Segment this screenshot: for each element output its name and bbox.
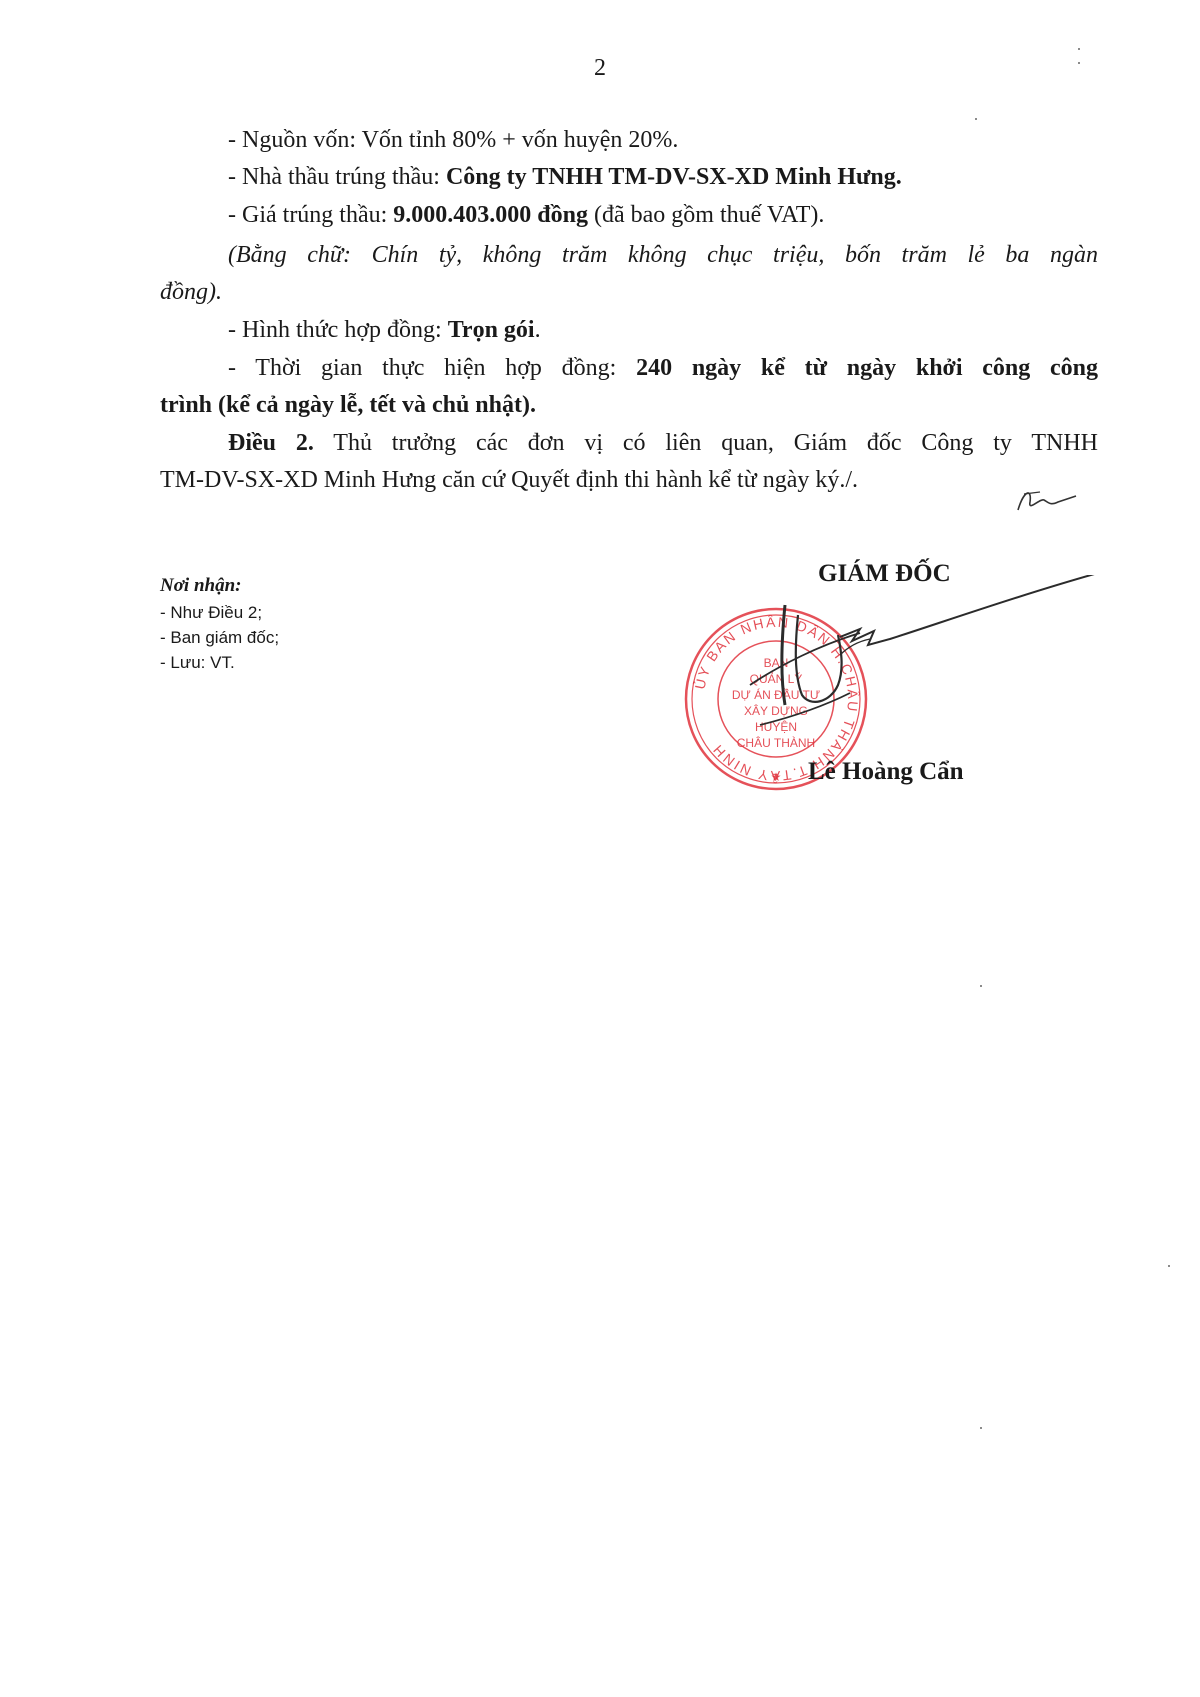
scan-speck [980, 985, 982, 987]
article2-line2: TM-DV-SX-XD Minh Hưng căn cứ Quyết định … [160, 465, 1098, 495]
recipient-item: - Ban giám đốc; [160, 628, 279, 648]
scan-speck [975, 118, 977, 120]
article2-heading: Điều 2. [228, 430, 314, 456]
article2-text-2: TM-DV-SX-XD Minh Hưng căn cứ Quyết định … [160, 467, 858, 493]
price-words-line2: đồng). [160, 277, 1098, 307]
scan-speck [1168, 1265, 1170, 1267]
duration-value-1: 240 ngày kể từ ngày khởi công công [636, 355, 1098, 381]
price-words-1: (Bằng chữ: Chín tỷ, không trăm không chụ… [228, 242, 1098, 268]
article2-line1: Điều 2. Thủ trưởng các đơn vị có liên qu… [228, 428, 1098, 458]
article2-text-1: Thủ trưởng các đơn vị có liên quan, Giám… [314, 430, 1098, 456]
contract-form-line: - Hình thức hợp đồng: Trọn gói. [228, 315, 1098, 345]
recipient-item: - Như Điều 2; [160, 603, 262, 623]
scan-speck [1078, 62, 1080, 64]
price-words-2: đồng). [160, 279, 222, 305]
page-number: 2 [0, 55, 1200, 82]
price-value: 9.000.403.000 đồng [393, 202, 588, 228]
price-words-line1: (Bằng chữ: Chín tỷ, không trăm không chụ… [228, 240, 1098, 270]
contract-form-value: Trọn gói [448, 317, 535, 343]
contract-form-label: - Hình thức hợp đồng: [228, 317, 448, 343]
funding-label: - Nguồn vốn: [228, 127, 362, 153]
price-line: - Giá trúng thầu: 9.000.403.000 đồng (đã… [228, 200, 1098, 230]
recipient-item: - Lưu: VT. [160, 653, 235, 673]
duration-label: - Thời gian thực hiện hợp đồng: [228, 355, 636, 381]
director-signature-icon [690, 575, 1100, 775]
contractor-label: - Nhà thầu trúng thầu: [228, 164, 446, 190]
recipients-title: Nơi nhận: [160, 575, 241, 597]
signer-name: Lê Hoàng Cẩn [808, 758, 964, 786]
price-note: (đã bao gồm thuế VAT). [588, 202, 824, 228]
duration-line1: - Thời gian thực hiện hợp đồng: 240 ngày… [228, 353, 1098, 383]
contractor-line: - Nhà thầu trúng thầu: Công ty TNHH TM-D… [228, 162, 1098, 192]
funding-line: - Nguồn vốn: Vốn tỉnh 80% + vốn huyện 20… [228, 125, 1098, 155]
initial-signature-icon [1010, 480, 1080, 520]
contract-form-end: . [535, 317, 541, 343]
duration-line2: trình (kể cả ngày lễ, tết và chủ nhật). [160, 390, 1098, 420]
scan-speck [1078, 48, 1080, 50]
contractor-value: Công ty TNHH TM-DV-SX-XD Minh Hưng. [446, 164, 902, 190]
price-label: - Giá trúng thầu: [228, 202, 393, 228]
scan-speck [980, 1427, 982, 1429]
funding-value: Vốn tỉnh 80% + vốn huyện 20%. [362, 127, 679, 153]
duration-value-2: trình (kể cả ngày lễ, tết và chủ nhật). [160, 392, 536, 418]
